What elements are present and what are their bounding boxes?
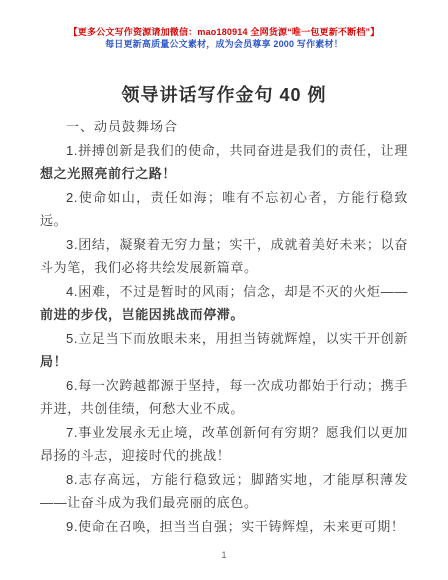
paragraph: 2.使命如山，责任如海；唯有不忘初心者，方能行稳致远。 (40, 186, 408, 233)
text-segment: 7.事业发展永无止境，改革创新何有穷期？愿我们以更加昂扬的斗志，迎接时代的挑战！ (40, 425, 408, 464)
document-body: 一、动员鼓舞场合 1.拼搏创新是我们的使命，共同奋进是我们的责任，让理想之光照亮… (0, 115, 448, 538)
paragraph: 3.团结，凝聚着无穷力量；实干，成就着美好未来；以奋斗为笔，我们必将共绘发展新篇… (40, 233, 408, 280)
paragraph: 6.每一次跨越都源于坚持，每一次成功都始于行动；携手并进，共创佳绩，何愁大业不成… (40, 374, 408, 421)
text-segment: 9.使命在召唤，担当当自强；实干铸辉煌，未来更可期！ (66, 519, 404, 534)
paragraph: 8.志存高远，方能行稳致远；脚踏实地，才能厚积薄发——让奋斗成为我们最亮丽的底色… (40, 468, 408, 515)
document-page: 【更多公文写作资源请加微信：mao180914 全网货源“唯一包更新不断档”】 … (0, 0, 448, 580)
text-segment: 想之光照亮前行之路！ (40, 166, 176, 181)
promo-header: 【更多公文写作资源请加微信：mao180914 全网货源“唯一包更新不断档”】 … (0, 0, 448, 50)
paragraph: 5.立足当下而放眼未来，用担当铸就辉煌，以实干开创新局！ (40, 327, 408, 374)
text-segment: 5.立足当下而放眼未来，用担当铸就辉煌，以实干开创新 (66, 331, 408, 346)
text-segment: 2.使命如山，责任如海；唯有不忘初心者，方能行稳致远。 (40, 190, 408, 229)
text-segment: 前进的步伐，岂能因挑战而停滞。 (40, 307, 244, 322)
paragraph: 4.困难，不过是暂时的风雨；信念，却是不灭的火炬——前进的步伐，岂能因挑战而停滞… (40, 280, 408, 327)
text-segment: 8.志存高远，方能行稳致远；脚踏实地，才能厚积薄发——让奋斗成为我们最亮丽的底色… (40, 472, 408, 511)
text-segment: 3.团结，凝聚着无穷力量；实干，成就着美好未来；以奋斗为笔，我们必将共绘发展新篇… (40, 237, 408, 276)
paragraph: 1.拼搏创新是我们的使命，共同奋进是我们的责任，让理想之光照亮前行之路！ (40, 139, 408, 186)
promo-header-line1: 【更多公文写作资源请加微信：mao180914 全网货源“唯一包更新不断档”】 (0, 26, 448, 38)
section-heading: 一、动员鼓舞场合 (40, 115, 408, 139)
paragraph: 9.使命在召唤，担当当自强；实干铸辉煌，未来更可期！ (40, 515, 408, 539)
paragraph: 7.事业发展永无止境，改革创新何有穷期？愿我们以更加昂扬的斗志，迎接时代的挑战！ (40, 421, 408, 468)
text-segment: 局！ (40, 354, 67, 369)
text-segment: 1.拼搏创新是我们的使命，共同奋进是我们的责任，让理 (66, 143, 408, 158)
promo-header-line2: 每日更新高质量公文素材，成为会员尊享 2000 写作素材！ (0, 38, 448, 50)
page-title: 领导讲话写作金句 40 例 (0, 84, 448, 106)
text-segment: 6.每一次跨越都源于坚持，每一次成功都始于行动；携手并进，共创佳绩，何愁大业不成… (40, 378, 408, 417)
text-segment: 4.困难，不过是暂时的风雨；信念，却是不灭的火炬—— (66, 284, 408, 299)
page-number: 1 (0, 550, 448, 560)
body-paragraphs: 1.拼搏创新是我们的使命，共同奋进是我们的责任，让理想之光照亮前行之路！2.使命… (40, 139, 408, 539)
